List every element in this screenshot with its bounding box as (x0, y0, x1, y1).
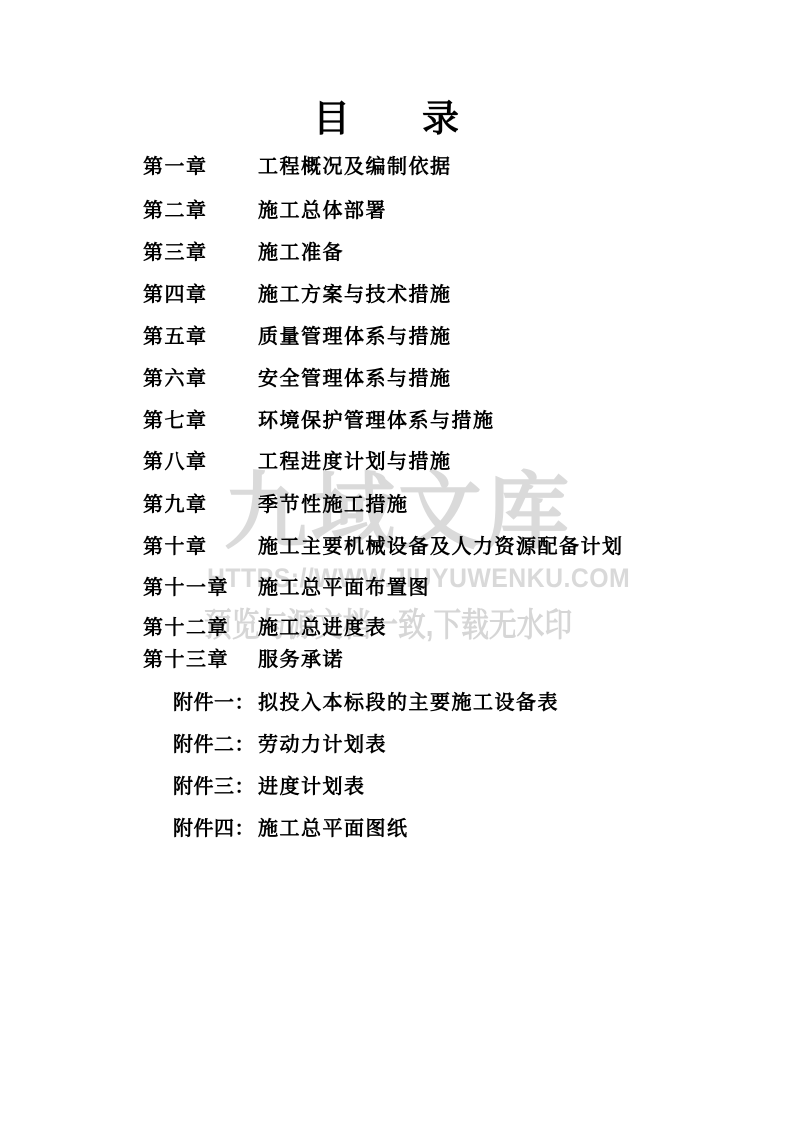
chapter-title: 施工总平面布置图 (258, 576, 430, 600)
chapter-label: 第十三章 (143, 648, 229, 672)
toc-row-chapter-11: 第十一章 施工总平面布置图 (0, 576, 793, 604)
toc-row-appendix-4: 附件四： 施工总平面图纸 (0, 817, 793, 845)
chapter-title: 季节性施工措施 (258, 493, 409, 517)
toc-row-chapter-13: 第十三章 服务承诺 (0, 648, 793, 676)
chapter-title: 服务承诺 (258, 648, 344, 672)
chapter-label: 第六章 (143, 367, 208, 391)
appendix-title: 劳动力计划表 (258, 733, 387, 757)
toc-row-appendix-3: 附件三： 进度计划表 (0, 775, 793, 803)
toc-row-chapter-10: 第十章 施工主要机械设备及人力资源配备计划 (0, 535, 793, 563)
appendix-label: 附件一： (173, 691, 255, 715)
chapter-title: 施工方案与技术措施 (258, 283, 452, 307)
chapter-title: 施工总体部署 (258, 199, 387, 223)
toc-row-chapter-12: 第十二章 施工总进度表 (0, 616, 793, 644)
toc-row-chapter-8: 第八章 工程进度计划与措施 (0, 450, 793, 478)
appendix-title: 施工总平面图纸 (258, 817, 409, 841)
toc-row-chapter-6: 第六章 安全管理体系与措施 (0, 367, 793, 395)
chapter-label: 第七章 (143, 409, 208, 433)
toc-row-appendix-1: 附件一： 拟投入本标段的主要施工设备表 (0, 691, 793, 719)
toc-row-chapter-1: 第一章 工程概况及编制依据 (0, 155, 793, 183)
appendix-title: 拟投入本标段的主要施工设备表 (258, 691, 559, 715)
toc-row-chapter-9: 第九章 季节性施工措施 (0, 493, 793, 521)
chapter-title: 施工主要机械设备及人力资源配备计划 (258, 535, 624, 559)
chapter-label: 第一章 (143, 155, 208, 179)
chapter-label: 第十二章 (143, 616, 229, 640)
page-title: 目 录 (313, 100, 459, 141)
toc-row-appendix-2: 附件二： 劳动力计划表 (0, 733, 793, 761)
toc-row-chapter-4: 第四章 施工方案与技术措施 (0, 283, 793, 311)
chapter-label: 第五章 (143, 325, 208, 349)
chapter-label: 第四章 (143, 283, 208, 307)
page-title-char-left: 目 (313, 100, 350, 141)
toc-row-chapter-5: 第五章 质量管理体系与措施 (0, 325, 793, 353)
toc-content: 目 录 第一章 工程概况及编制依据 第二章 施工总体部署 第三章 施工准备 第四… (0, 0, 793, 1122)
chapter-title: 施工总进度表 (258, 616, 387, 640)
chapter-label: 第二章 (143, 199, 208, 223)
toc-row-chapter-3: 第三章 施工准备 (0, 241, 793, 269)
chapter-label: 第九章 (143, 493, 208, 517)
document-page: 九域文库 HTTPS://WWW.JIUYUWENKU.COM 预览与源文档一致… (0, 0, 793, 1122)
chapter-title: 工程进度计划与措施 (258, 450, 452, 474)
chapter-title: 安全管理体系与措施 (258, 367, 452, 391)
chapter-title: 工程概况及编制依据 (258, 155, 452, 179)
chapter-label: 第十章 (143, 535, 208, 559)
page-title-char-right: 录 (422, 100, 459, 141)
toc-row-chapter-2: 第二章 施工总体部署 (0, 199, 793, 227)
appendix-label: 附件三： (173, 775, 255, 799)
chapter-label: 第三章 (143, 241, 208, 265)
chapter-title: 施工准备 (258, 241, 344, 265)
chapter-label: 第八章 (143, 450, 208, 474)
appendix-label: 附件四： (173, 817, 255, 841)
chapter-title: 质量管理体系与措施 (258, 325, 452, 349)
appendix-label: 附件二： (173, 733, 255, 757)
chapter-label: 第十一章 (143, 576, 229, 600)
toc-row-chapter-7: 第七章 环境保护管理体系与措施 (0, 409, 793, 437)
chapter-title: 环境保护管理体系与措施 (258, 409, 495, 433)
appendix-title: 进度计划表 (258, 775, 366, 799)
